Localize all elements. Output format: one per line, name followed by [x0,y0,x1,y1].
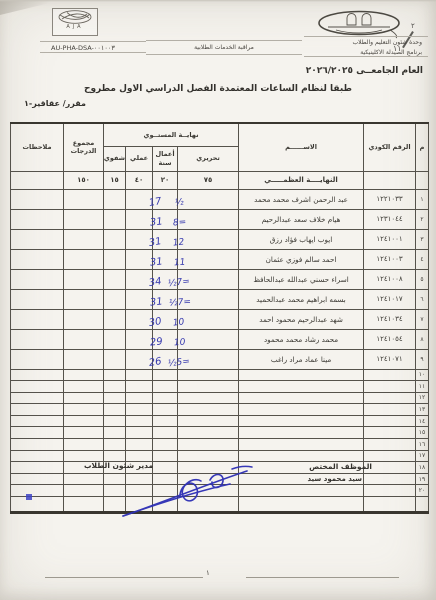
row-number: ١٢ [416,392,429,404]
level-end-header: نهايــة المستــوي [104,123,239,146]
student-name: مينا عماد مراد راغب [239,349,364,369]
handwritten-practical-mark: 31 [148,237,162,249]
oral-cell [104,189,126,209]
handwritten-practical-mark: 31 [149,217,163,228]
student-row: ٨ ١٢٤١٠٥٤ محمد رشاد محمد محمود 10 29 [11,329,429,349]
blue-ink-mark [26,494,32,500]
pen-note-top: ٢ [411,22,415,30]
student-row: ٧ ١٢٤١٠٣٤ شهد عبدالرحيم محمود احمد 10 30 [11,309,429,329]
handwritten-practical-mark: 29 [149,337,163,348]
yearwork-line-1: أعمال [153,150,177,158]
col-oral-header: شفوي [104,146,126,171]
total-line-1: مجموع [64,139,103,147]
practical-cell: 30 [126,309,153,329]
handwritten-practical-mark: 31 [149,297,163,308]
handwritten-yearwork-mark: 10 [174,338,186,348]
row-number: ٣ [416,229,429,249]
row-number: ٢ [416,209,429,229]
practical-cell: 17 [126,189,153,209]
col-practical-header: عملي [126,146,153,171]
total-cell [64,349,104,369]
logo-text: AJA [66,25,83,30]
handwritten-yearwork-mark: 11 [174,258,186,268]
row-number: ١٤ [416,415,429,427]
aja-logo: AJA [52,8,98,36]
empty-row: ١٢ [11,392,429,404]
handwritten-practical-mark: 34 [148,277,162,289]
total-line-2: الدرجات [64,147,103,155]
page-number: ١ [206,569,210,577]
written-cell [178,189,239,209]
written-cell [178,209,239,229]
max-total: ١٥٠ [64,171,104,189]
written-cell [178,249,239,269]
handwritten-yearwork-mark: =8 [173,218,187,228]
page-title: طبقا لنظام الساعات المعتمدة الفصل الدراس… [0,84,436,94]
row-number: ١٧ [416,450,429,462]
practical-cell: 31 [126,289,153,309]
max-marks-row: النهايــــة العظمـــــي ٧٥ ٢٠ ٤٠ ١٥ ١٥٠ [11,171,429,189]
student-name: هيام خلاف سعد عبدالرحيم [239,209,364,229]
total-cell [64,329,104,349]
notes-cell [11,249,64,269]
student-name: بسمه ابراهيم محمد عبدالحميد [239,289,364,309]
total-cell [64,309,104,329]
scanned-grade-sheet: AJA ٢ ١١ AU-PHA-DSA-٠٠١٠٠٣ مراقبة الخدما… [0,0,436,600]
practical-cell: 26 [126,349,153,369]
student-row: ٥ ١٢٤١٠٠٨ اسراء حسني عبدالله عبدالحافظ =… [11,269,429,289]
oral-cell [104,309,126,329]
handwritten-practical-mark: 31 [149,257,163,268]
unit-line-1: وحدة شئون التعليم والطلاب [304,38,422,48]
student-code: ١٢٤١٠٠١ [364,229,416,249]
course-label: مقرر/ عقاقير-١ [24,99,86,108]
oral-cell [104,229,126,249]
row-number: ٧ [416,309,429,329]
student-code: ١٢٤١٠٧١ [364,349,416,369]
row-number: ٦ [416,289,429,309]
yearwork-line-2: سنة [153,159,177,167]
row-number: ١ [416,189,429,209]
student-row: ٦ ١٢٤١٠١٧ بسمه ابراهيم محمد عبدالحميد =7… [11,289,429,309]
footer-rule-left [45,577,203,578]
written-cell [178,309,239,329]
written-cell [178,329,239,349]
row-number: ١٩ [416,473,429,485]
student-name: احمد سالم فوزي عثمان [239,249,364,269]
student-code: ١٢٤١٠٠٨ [364,269,416,289]
header-row-1: م الرقم الكودي الاســــــم نهايــة المست… [11,123,429,146]
written-cell [178,229,239,249]
col-total-header: مجموع الدرجات [64,123,104,171]
total-cell [64,269,104,289]
total-cell [64,249,104,269]
oral-cell [104,329,126,349]
total-cell [64,289,104,309]
handwritten-yearwork-mark: 12 [173,238,185,248]
practical-cell: 29 [126,329,153,349]
notes-cell [11,229,64,249]
col-written-header: تحريري [178,146,239,171]
row-number: ١٣ [416,404,429,416]
notes-cell [11,209,64,229]
handwritten-practical-mark: 17 [148,197,162,209]
col-yearwork-header: أعمال سنة [153,146,178,171]
empty-row: ١٦ [11,439,429,451]
oral-cell [104,269,126,289]
row-number: ١٠ [416,369,429,381]
student-row: ٣ ١٢٤١٠٠١ ايوب ايهاب فؤاد رزق 12 31 [11,229,429,249]
empty-row: ١٥ [11,427,429,439]
student-row: ٩ ١٢٤١٠٧١ مينا عماد مراد راغب =5½ 26 [11,349,429,369]
row-number: ٥ [416,269,429,289]
student-row: ١ ١٢٢١٠٣٣ عبد الرحمن اشرف محمد محمد ½ 17 [11,189,429,209]
notes-cell [11,189,64,209]
notes-cell [11,289,64,309]
student-code: ١٢٢١٠٣٣ [364,189,416,209]
student-name: عبد الرحمن اشرف محمد محمد [239,189,364,209]
row-number: ١١ [416,381,429,393]
notes-cell [11,269,64,289]
row-number: ٨ [416,329,429,349]
signature-scribble [118,460,253,520]
notes-cell [11,329,64,349]
max-label: النهايــــة العظمـــــي [239,171,364,189]
oral-cell [104,249,126,269]
empty-row: ١١ [11,381,429,393]
total-cell [64,189,104,209]
student-code: ١٢٤١٠١٧ [364,289,416,309]
student-code: ١٢٤١٠٥٤ [364,329,416,349]
col-notes-header: ملاحظات [11,123,64,171]
handwritten-yearwork-mark: 10 [173,318,185,328]
max-written: ٧٥ [178,171,239,189]
oral-cell [104,289,126,309]
oral-cell [104,349,126,369]
max-yearwork: ٢٠ [153,171,178,189]
max-practical: ٤٠ [126,171,153,189]
handwritten-yearwork-mark: ½ [174,198,184,208]
document-code: AU-PHA-DSA-٠٠١٠٠٣ [40,41,146,53]
footer-rule-right [246,577,399,578]
student-name: شهد عبدالرحيم محمود احمد [239,309,364,329]
officer-title: الموظف المختص [309,462,372,471]
practical-cell: 31 [126,209,153,229]
student-code: ١٢٤١٠٣٤ [364,309,416,329]
marks-table: م الرقم الكودي الاســــــم نهايــة المست… [10,122,429,514]
university-stamp-icon [316,10,402,39]
practical-cell: 31 [126,229,153,249]
unit-line-2: برنامج الصيدلة الاكلينيكية [304,48,422,58]
unit-label: وحدة شئون التعليم والطلاب برنامج الصيدلة… [304,36,428,57]
notes-cell [11,349,64,369]
col-code-header: الرقم الكودي [364,123,416,171]
row-number: ٩ [416,349,429,369]
max-oral: ١٥ [104,171,126,189]
row-number: ١٥ [416,427,429,439]
practical-cell: 31 [126,249,153,269]
student-code: ١٢٣١٠٤٤ [364,209,416,229]
student-name: ايوب ايهاب فؤاد رزق [239,229,364,249]
row-number: ١٦ [416,439,429,451]
col-name-header: الاســــــم [239,123,364,171]
student-name: اسراء حسني عبدالله عبدالحافظ [239,269,364,289]
notes-cell [11,309,64,329]
services-control-label: مراقبة الخدمات الطلابية [146,40,302,55]
handwritten-yearwork-mark: =7½ [169,298,192,309]
row-number: ٤ [416,249,429,269]
total-cell [64,229,104,249]
student-name: محمد رشاد محمد محمود [239,329,364,349]
officer-name: سيد محمود سيد [308,475,363,483]
col-num-header: م [416,123,429,171]
handwritten-practical-mark: 26 [148,357,162,369]
student-row: ٢ ١٢٣١٠٤٤ هيام خلاف سعد عبدالرحيم =8 31 [11,209,429,229]
practical-cell: 34 [126,269,153,289]
student-code: ١٢٤١٠٠٣ [364,249,416,269]
scan-top-edge [0,0,436,2]
handwritten-practical-mark: 30 [148,317,162,329]
empty-row: ١٣ [11,404,429,416]
total-cell [64,209,104,229]
oral-cell [104,209,126,229]
empty-row: ١٠ [11,369,429,381]
empty-row: ١٤ [11,415,429,427]
academic-year: العام الجامعــى ٢٠٢٦/٢٠٢٥ [306,66,423,76]
row-number: ١٨ [416,462,429,474]
student-row: ٤ ١٢٤١٠٠٣ احمد سالم فوزي عثمان 11 31 [11,249,429,269]
row-number: ٢٠ [416,485,429,497]
